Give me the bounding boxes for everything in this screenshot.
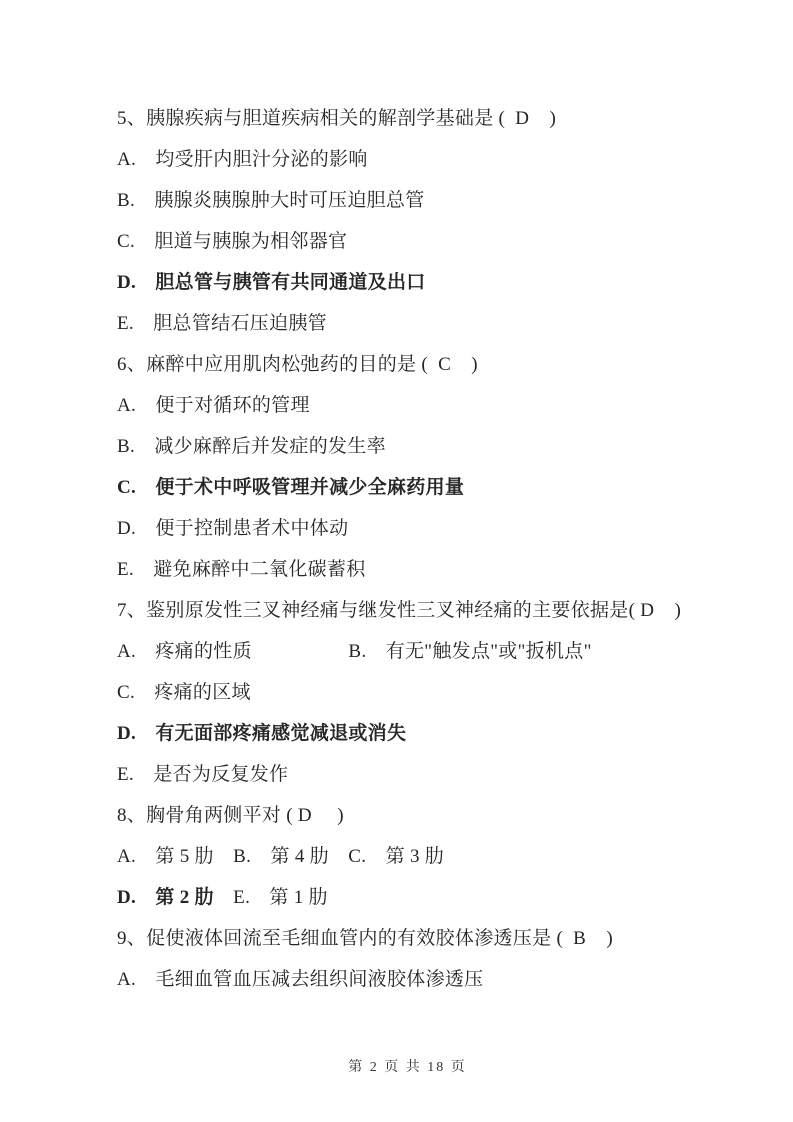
q5-option-a: A. 均受肝内胆汁分泌的影响 [117,139,753,180]
q6-option-d: D. 便于控制患者术中体动 [117,508,753,549]
answer-text-bold: C. 便于术中呼吸管理并减少全麻药用量 [117,477,464,498]
text-segment: A. 便于对循环的管理 [117,395,310,416]
text-segment: E. 是否为反复发作 [117,764,288,785]
text-segment: A. 毛细血管血压减去组织间液胶体渗透压 [117,969,483,990]
q5-option-c: C. 胆道与胰腺为相邻器官 [117,221,753,262]
question-lines: 5、胰腺疾病与胆道疾病相关的解剖学基础是 ( D )A. 均受肝内胆汁分泌的影响… [117,98,753,1000]
text-segment: A. 疼痛的性质 B. 有无"触发点"或"扳机点" [117,641,592,662]
q7-options-ab: A. 疼痛的性质 B. 有无"触发点"或"扳机点" [117,631,753,672]
exam-document-page: 5、胰腺疾病与胆道疾病相关的解剖学基础是 ( D )A. 均受肝内胆汁分泌的影响… [0,0,793,1122]
text-segment: A. 均受肝内胆汁分泌的影响 [117,149,368,170]
text-segment: E. 避免麻醉中二氧化碳蓄积 [117,559,366,580]
text-segment: 8、胸骨角两侧平对 ( D ) [117,805,344,826]
q9-stem: 9、促使液体回流至毛细血管内的有效胶体渗透压是 ( B ) [117,918,753,959]
text-segment: C. 疼痛的区域 [117,682,251,703]
q8-options-de: D. 第 2 肋 E. 第 1 肋 [117,877,753,918]
q5-option-d: D. 胆总管与胰管有共同通道及出口 [117,262,753,303]
text-segment: A. 第 5 肋 B. 第 4 肋 C. 第 3 肋 [117,846,444,867]
q7-option-d: D. 有无面部疼痛感觉减退或消失 [117,713,753,754]
text-segment: 5、胰腺疾病与胆道疾病相关的解剖学基础是 ( D ) [117,108,556,129]
q9-option-a: A. 毛细血管血压减去组织间液胶体渗透压 [117,959,753,1000]
q6-option-a: A. 便于对循环的管理 [117,385,753,426]
text-segment: E. 第 1 肋 [214,887,328,908]
answer-text-bold: D. 第 2 肋 [117,887,214,908]
text-segment: 9、促使液体回流至毛细血管内的有效胶体渗透压是 ( B ) [117,928,613,949]
q6-option-e: E. 避免麻醉中二氧化碳蓄积 [117,549,753,590]
page-footer: 第 2 页 共 18 页 [0,1038,793,1098]
q7-stem: 7、鉴别原发性三叉神经痛与继发性三叉神经痛的主要依据是( D ) [117,590,753,631]
text-segment: 6、麻醉中应用肌肉松弛药的目的是 ( C ) [117,354,478,375]
text-segment: B. 减少麻醉后并发症的发生率 [117,436,386,457]
text-segment: C. 胆道与胰腺为相邻器官 [117,231,347,252]
page-number-text: 第 2 页 共 18 页 [348,1060,467,1075]
q8-stem: 8、胸骨角两侧平对 ( D ) [117,795,753,836]
text-segment: E. 胆总管结石压迫胰管 [117,313,327,334]
q7-option-e: E. 是否为反复发作 [117,754,753,795]
text-segment: D. 便于控制患者术中体动 [117,518,348,539]
q6-stem: 6、麻醉中应用肌肉松弛药的目的是 ( C ) [117,344,753,385]
q5-stem: 5、胰腺疾病与胆道疾病相关的解剖学基础是 ( D ) [117,98,753,139]
q6-option-c: C. 便于术中呼吸管理并减少全麻药用量 [117,467,753,508]
q5-option-e: E. 胆总管结石压迫胰管 [117,303,753,344]
answer-text-bold: D. 胆总管与胰管有共同通道及出口 [117,272,426,293]
text-segment: B. 胰腺炎胰腺肿大时可压迫胆总管 [117,190,425,211]
q5-option-b: B. 胰腺炎胰腺肿大时可压迫胆总管 [117,180,753,221]
q8-options-abc: A. 第 5 肋 B. 第 4 肋 C. 第 3 肋 [117,836,753,877]
text-segment: 7、鉴别原发性三叉神经痛与继发性三叉神经痛的主要依据是( D ) [117,600,681,621]
q7-option-c: C. 疼痛的区域 [117,672,753,713]
answer-text-bold: D. 有无面部疼痛感觉减退或消失 [117,723,406,744]
q6-option-b: B. 减少麻醉后并发症的发生率 [117,426,753,467]
